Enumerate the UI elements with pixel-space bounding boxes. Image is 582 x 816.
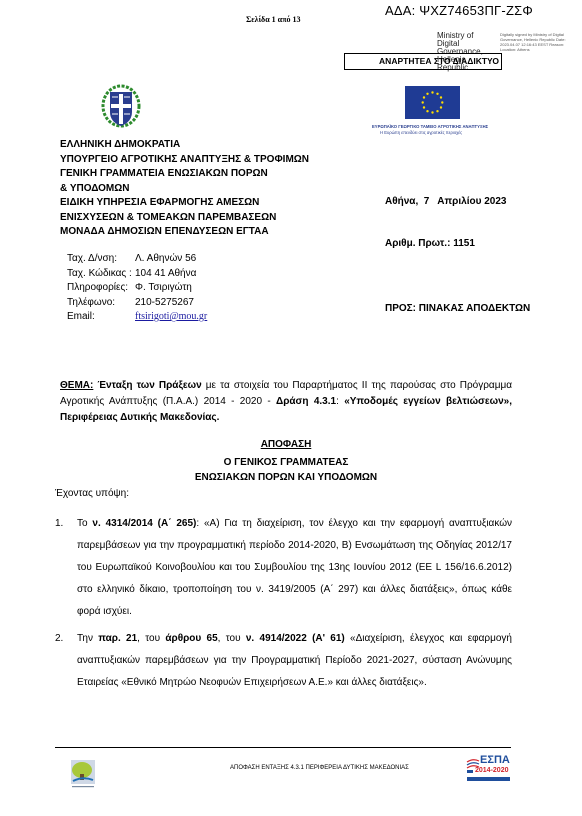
- contact-info: Πληροφορίες:Φ. Τσιριγώτη: [67, 281, 207, 296]
- item-text: , του: [218, 633, 246, 644]
- org-line: ΜΟΝΑΔΑ ΔΗΜΟΣΙΩΝ ΕΠΕΝΔΥΣΕΩΝ ΕΓΤΑΑ: [60, 225, 309, 240]
- decision-title: ΑΠΟΦΑΣΗ: [60, 437, 512, 452]
- org-line: & ΥΠΟΔΟΜΩΝ: [60, 182, 309, 197]
- decision-authority-line1: Ο ΓΕΝΙΚΟΣ ΓΡΑΜΜΑΤΕΑΣ: [60, 455, 512, 470]
- item-article: άρθρου 65: [165, 633, 217, 644]
- item-law: ν. 4314/2014 (Α΄ 265): [92, 518, 196, 529]
- item-text: Την: [77, 633, 98, 644]
- contact-address: Ταχ. Δ/νση:Λ. Αθηνών 56: [67, 252, 207, 267]
- org-line: ΕΛΛΗΝΙΚΗ ΔΗΜΟΚΡΑΤΙΑ: [60, 138, 309, 153]
- organization-block: ΕΛΛΗΝΙΚΗ ΔΗΜΟΚΡΑΤΙΑ ΥΠΟΥΡΓΕΙΟ ΑΓΡΟΤΙΚΗΣ …: [60, 138, 309, 240]
- subject-text: :: [336, 396, 344, 407]
- list-item: 1. Το ν. 4314/2014 (Α΄ 265): «Α) Για τη …: [55, 513, 512, 623]
- list-item: 2. Την παρ. 21, του άρθρου 65, του ν. 49…: [55, 628, 512, 694]
- item-paragraph: παρ. 21: [98, 633, 137, 644]
- contact-email: Email:ftsirigoti@mou.gr: [67, 310, 207, 325]
- contact-block: Ταχ. Δ/νση:Λ. Αθηνών 56 Ταχ. Κώδικας :10…: [67, 252, 207, 325]
- recipient: ΠΡΟΣ: ΠΙΝΑΚΑΣ ΑΠΟΔΕΚΤΩΝ: [385, 303, 530, 314]
- considering-label: Έχοντας υπόψη:: [55, 488, 129, 499]
- item-number: 1.: [55, 513, 63, 535]
- contact-phone: Τηλέφωνο:210-5275267: [67, 296, 207, 311]
- subject-label: ΘΕΜΑ:: [60, 380, 93, 391]
- subject-paragraph: ΘΕΜΑ: Ένταξη των Πράξεων με τα στοιχεία …: [60, 378, 512, 426]
- subject-action: Δράση 4.3.1: [276, 396, 336, 407]
- item-text: , του: [137, 633, 165, 644]
- subject-bold: Ένταξη των Πράξεων: [97, 380, 201, 391]
- espa-years: 2014-2020: [475, 767, 508, 774]
- decision-authority-line2: ΕΝΩΣΙΑΚΩΝ ΠΟΡΩΝ ΚΑΙ ΥΠΟΔΟΜΩΝ: [60, 470, 512, 485]
- footer-divider: [55, 747, 511, 748]
- org-line: ΕΙΔΙΚΗ ΥΠΗΡΕΣΙΑ ΕΦΑΡΜΟΓΗΣ ΑΜΕΣΩΝ: [60, 196, 309, 211]
- espa-logo: ΕΣΠΑ 2014-2020: [466, 756, 511, 782]
- page-number: Σελίδα 1 από 13: [246, 15, 301, 24]
- signature-details: Digitally signed by Ministry of Digital …: [500, 32, 570, 52]
- item-text: Το: [77, 518, 92, 529]
- rural-development-logo-icon: [68, 758, 98, 790]
- eafrd-caption: ΕΥΡΩΠΑΪΚΟ ΓΕΩΡΓΙΚΟ ΤΑΜΕΙΟ ΑΓΡΟΤΙΚΗΣ ΑΝΑΠ…: [372, 124, 492, 135]
- eafrd-caption-line2: Η Ευρώπη επενδύει στις αγροτικές περιοχέ…: [372, 130, 492, 136]
- org-line: ΓΕΝΙΚΗ ΓΡΑΜΜΑΤΕΙΑ ΕΝΩΣΙΑΚΩΝ ΠΟΡΩΝ: [60, 167, 309, 182]
- item-law: ν. 4914/2022 (Α' 61): [246, 633, 345, 644]
- footer-text: ΑΠΟΦΑΣΗ ΕΝΤΑΞΗΣ 4.3.1 ΠΕΡΙΦΕΡΕΙΑ ΔΥΤΙΚΗΣ…: [230, 765, 409, 771]
- ada-code: ΑΔΑ: ΨΧΖ74653ΠΓ-ΖΣΦ: [385, 3, 533, 18]
- eafrd-caption-line1: ΕΥΡΩΠΑΪΚΟ ΓΕΩΡΓΙΚΟ ΤΑΜΕΙΟ ΑΓΡΟΤΙΚΗΣ ΑΝΑΠ…: [372, 124, 492, 130]
- item-number: 2.: [55, 628, 63, 650]
- greek-emblem-icon: [101, 84, 141, 134]
- protocol-number: Αριθμ. Πρωτ.: 1151: [385, 238, 475, 249]
- org-line: ΥΠΟΥΡΓΕΙΟ ΑΓΡΟΤΙΚΗΣ ΑΝΑΠΤΥΞΗΣ & ΤΡΟΦΙΜΩΝ: [60, 153, 309, 168]
- publish-notice-box: ΑΝΑΡΤΗΤΕΑ ΣΤΟ ΔΙΑΔΙΚΤΥΟ: [344, 53, 502, 70]
- contact-postcode: Ταχ. Κώδικας :104 41 Αθήνα: [67, 267, 207, 282]
- item-text: : «Α) Για τη διαχείριση, τον έλεγχο και …: [77, 518, 512, 617]
- document-date: Αθήνα, 7 Απριλίου 2023: [385, 196, 506, 207]
- email-link[interactable]: ftsirigoti@mou.gr: [135, 311, 207, 322]
- eu-flag-icon: [405, 86, 460, 119]
- espa-title: ΕΣΠΑ: [480, 754, 510, 766]
- org-line: ΕΝΙΣΧΥΣΕΩΝ & ΤΟΜΕΑΚΩΝ ΠΑΡΕΜΒΑΣΕΩΝ: [60, 211, 309, 226]
